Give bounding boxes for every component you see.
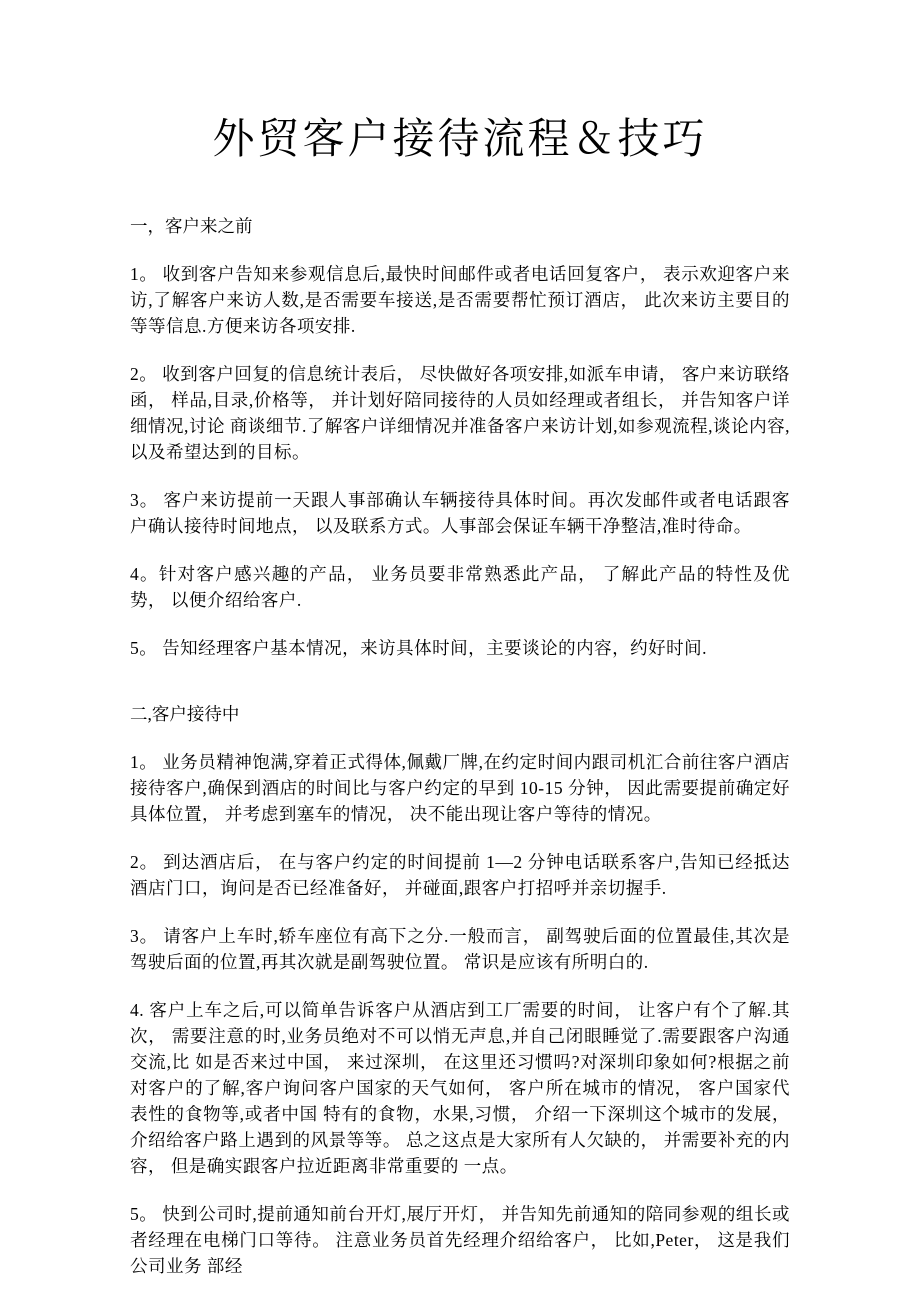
section-before-customer-arrives: 一，客户来之前 1。 收到客户告知来参观信息后,最快时间邮件或者电话回复客户， … [130,213,790,661]
document-page: 外贸客户接待流程＆技巧 一，客户来之前 1。 收到客户告知来参观信息后,最快时间… [0,0,920,1302]
paragraph-s1-item4: 4。针对客户感兴趣的产品， 业务员要非常熟悉此产品， 了解此产品的特性及优势， … [130,561,790,613]
paragraph-s2-item4: 4. 客户上车之后,可以简单告诉客户从酒店到工厂需要的时间， 让客户有个了解.其… [130,997,790,1179]
paragraph-s2-item1: 1。 业务员精神饱满,穿着正式得体,佩戴厂牌,在约定时间内跟司机汇合前往客户酒店… [130,749,790,827]
paragraph-s1-item3: 3。 客户来访提前一天跟人事部确认车辆接待具体时间。再次发邮件或者电话跟客户确认… [130,487,790,539]
paragraph-s2-item2: 2。 到达酒店后， 在与客户约定的时间提前 1—2 分钟电话联系客户,告知已经抵… [130,849,790,901]
paragraph-s2-item5: 5。 快到公司时,提前通知前台开灯,展厅开灯， 并告知先前通知的陪同参观的组长或… [130,1201,790,1279]
section-during-reception: 二,客户接待中 1。 业务员精神饱满,穿着正式得体,佩戴厂牌,在约定时间内跟司机… [130,701,790,1279]
paragraph-s1-item1: 1。 收到客户告知来参观信息后,最快时间邮件或者电话回复客户， 表示欢迎客户来访… [130,261,790,339]
section-heading-during-reception: 二,客户接待中 [130,701,790,727]
paragraph-s2-item3: 3。 请客户上车时,轿车座位有高下之分.一般而言， 副驾驶后面的位置最佳,其次是… [130,923,790,975]
paragraph-s1-item5: 5。 告知经理客户基本情况，来访具体时间，主要谈论的内容，约好时间. [130,635,790,661]
paragraph-s1-item2: 2。 收到客户回复的信息统计表后， 尽快做好各项安排,如派车申请， 客户来访联络… [130,361,790,465]
section-heading-before-visit: 一，客户来之前 [130,213,790,239]
document-title: 外贸客户接待流程＆技巧 [130,105,790,175]
